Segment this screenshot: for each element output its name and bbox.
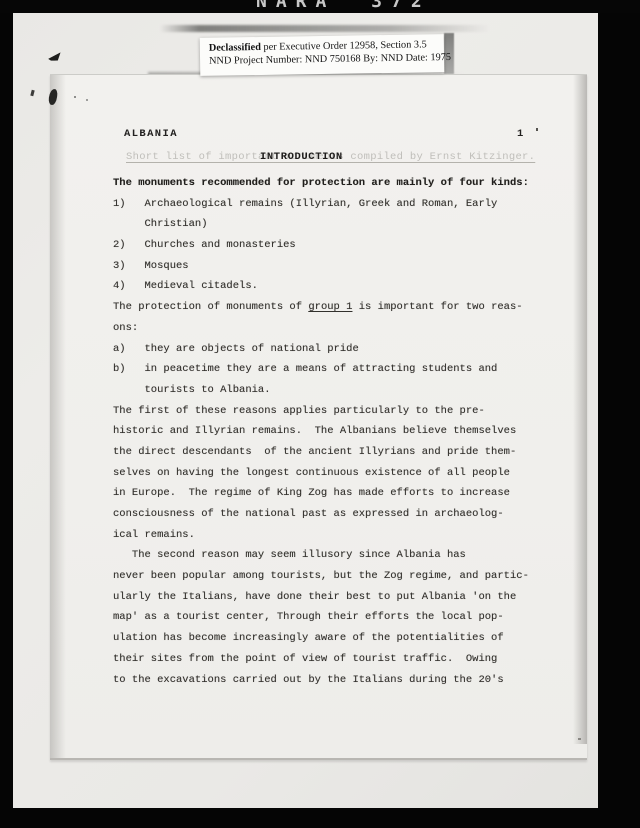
typed-line: 4) Medieval citadels. [113, 276, 573, 297]
sheet-edge-shadow-top [160, 25, 490, 32]
scanner-header-text: NARA 372 [256, 0, 431, 12]
typed-line: 2) Churches and monasteries [113, 235, 573, 256]
typed-line: map' as a tourist center, Through their … [113, 607, 573, 628]
paper-speck [74, 96, 76, 98]
declassification-stamp: Declassified per Executive Order 12958, … [200, 34, 445, 76]
section-title: INTRODUCTION [260, 151, 343, 163]
typed-line: the direct descendants of the ancient Il… [113, 442, 573, 463]
typed-line: Christian) [113, 214, 573, 235]
page-header-country: ALBANIA [124, 128, 178, 140]
ink-dot [536, 128, 538, 131]
typed-line: their sites from the point of view of to… [113, 649, 573, 670]
typed-line: The protection of monuments of group 1 i… [113, 297, 573, 318]
typed-line: never been popular among tourists, but t… [113, 566, 573, 587]
stamp-line-2: NND Project Number: NND 750168 By: NND D… [209, 51, 444, 68]
page-number: 1 [517, 128, 523, 140]
typed-line: 3) Mosques [113, 256, 573, 277]
typed-line: tourists to Albania. [113, 380, 573, 401]
typed-body: The monuments recommended for protection… [113, 173, 573, 690]
typed-line: historic and Illyrian remains. The Alban… [113, 421, 573, 442]
typed-line: selves on having the longest continuous … [113, 463, 573, 484]
typed-line: ulation has become increasingly aware of… [113, 628, 573, 649]
stamp-declassified-label: Declassified [209, 42, 261, 54]
typed-line: consciousness of the national past as ex… [113, 504, 573, 525]
typed-line: 1) Archaeological remains (Illyrian, Gre… [113, 194, 573, 215]
typed-line: b) in peacetime they are a means of attr… [113, 359, 573, 380]
typed-line: The first of these reasons applies parti… [113, 401, 573, 422]
typed-line: ons: [113, 318, 573, 339]
typed-line: The monuments recommended for protection… [113, 173, 573, 194]
paper-speck [578, 738, 581, 740]
page-left-edge-shadow [50, 75, 66, 758]
typed-line: ularly the Italians, have done their bes… [113, 587, 573, 608]
typed-line: in Europe. The regime of King Zog has ma… [113, 483, 573, 504]
typed-line: The second reason may seem illusory sinc… [113, 545, 573, 566]
typed-line: a) they are objects of national pride [113, 339, 573, 360]
scanned-document-frame: NARA 372 Declassified per Executive Orde… [0, 0, 640, 828]
typed-line: to the excavations carried out by the It… [113, 670, 573, 691]
page-right-edge-shadow [573, 75, 587, 744]
typed-line: ical remains. [113, 525, 573, 546]
scanner-header-bar: NARA 372 [0, 0, 640, 13]
paper-speck [86, 99, 88, 101]
